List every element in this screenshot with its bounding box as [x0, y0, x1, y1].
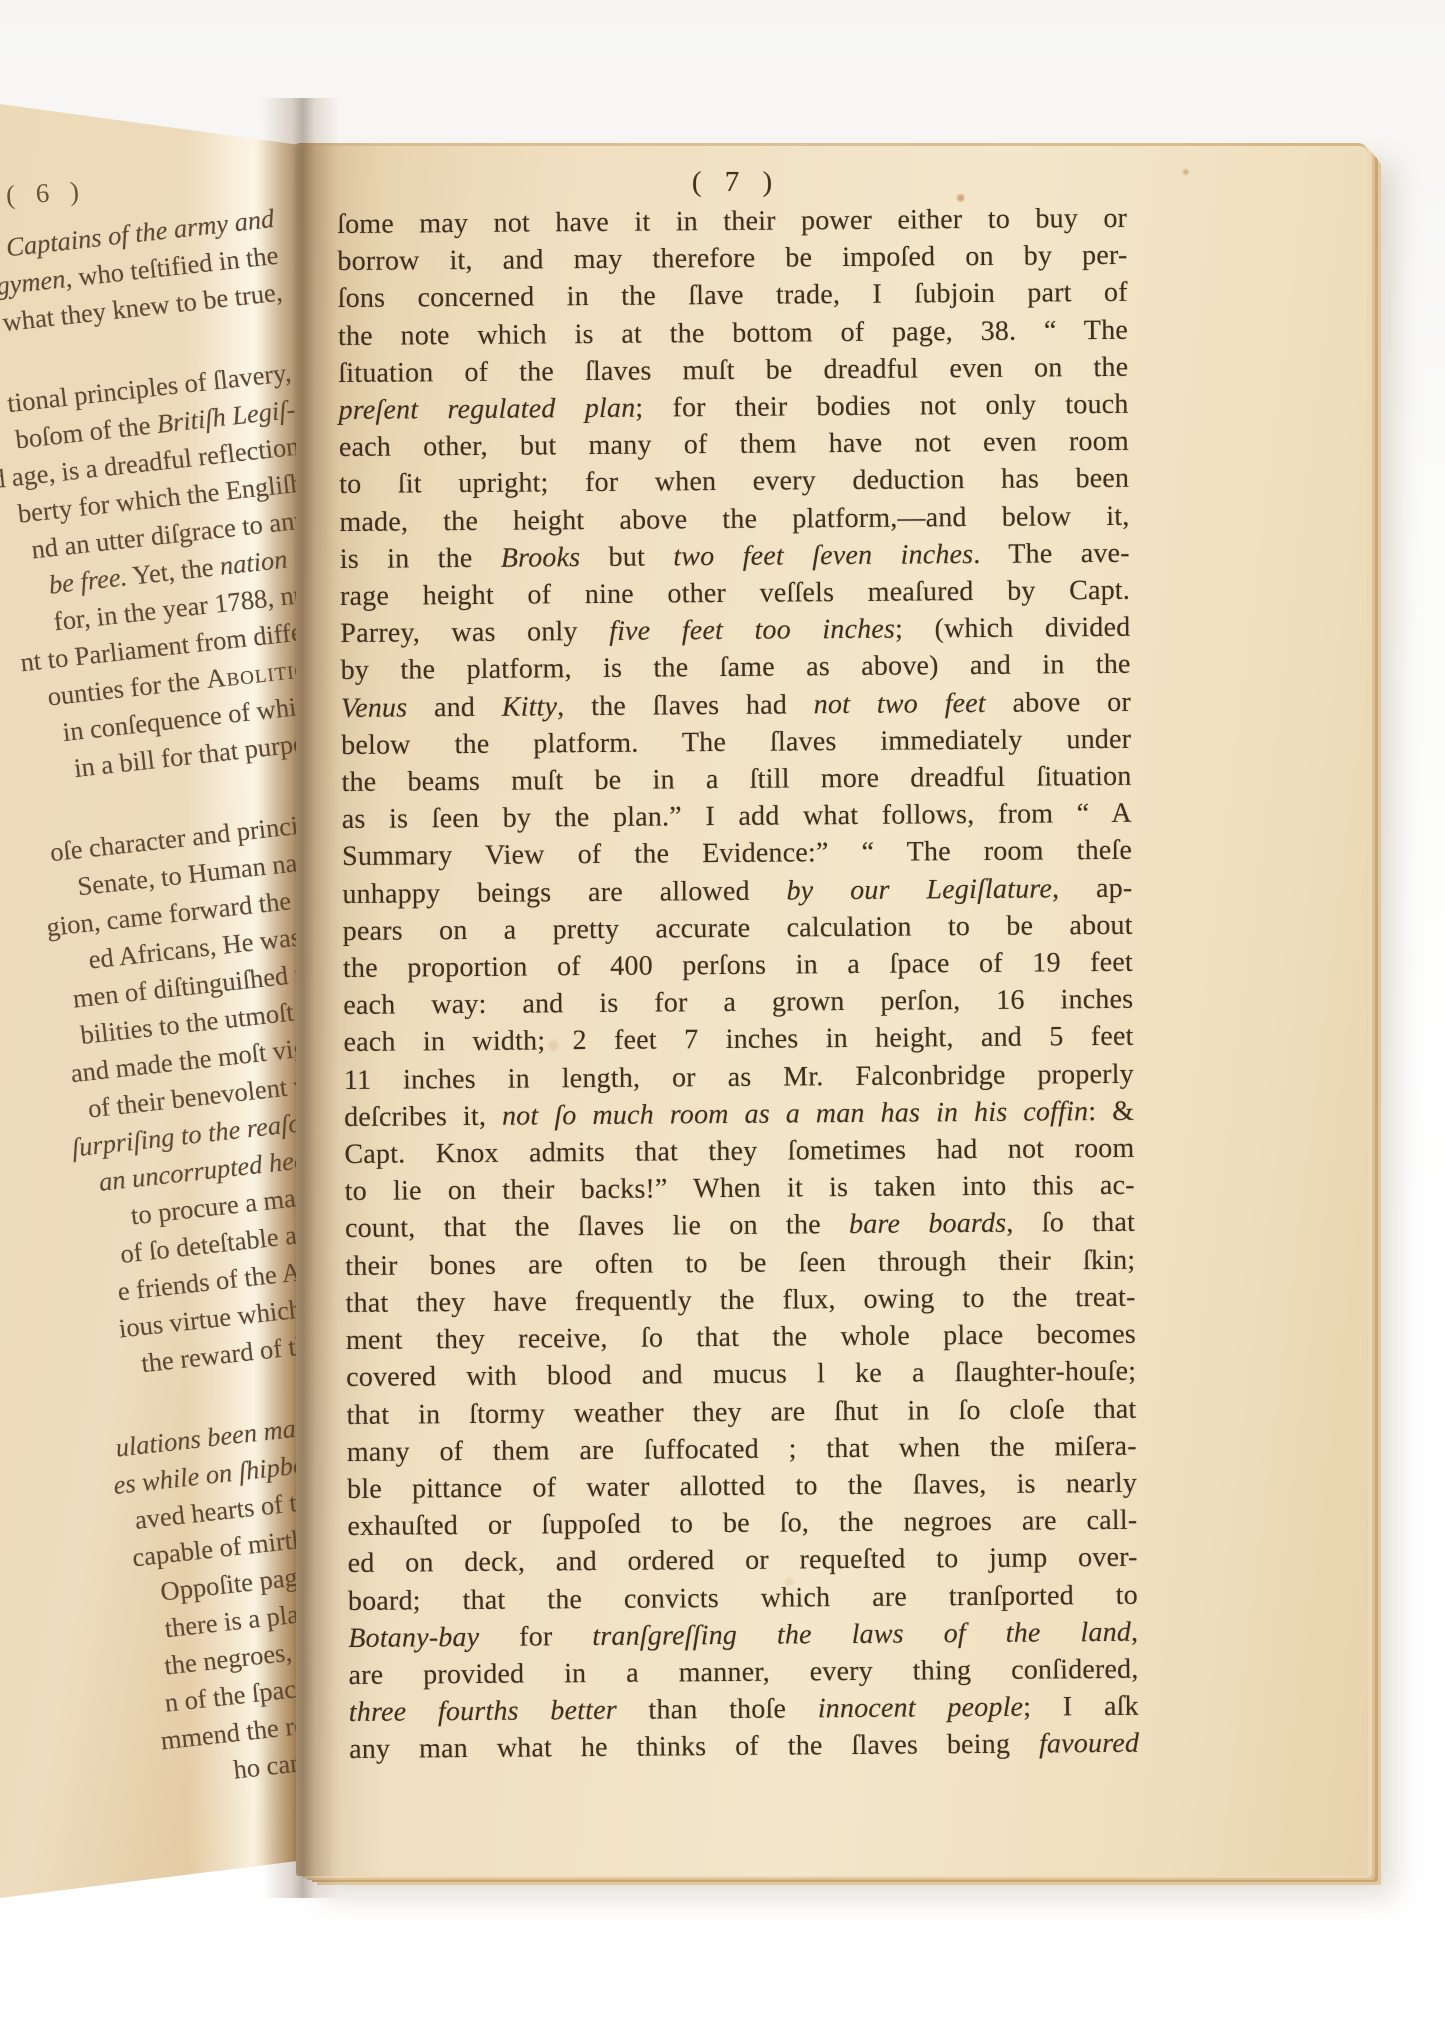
text-line: Botany-bay for tranſgreſſing the laws of… — [348, 1613, 1138, 1656]
right-page: ( 7 ) ſome may not have it in their powe… — [296, 143, 1368, 1876]
text-line: deſcribes it, not ſo much room as a man … — [344, 1093, 1134, 1136]
right-page-text: ſome may not have it in their power eith… — [337, 200, 1139, 1769]
text-line: exhauſted or ſuppoſed to be ſo, the negr… — [347, 1502, 1137, 1545]
text-line: are provided in a manner, every thing co… — [348, 1651, 1138, 1694]
book-photo: ( 6 ) ans, Captains of the army andrgyme… — [0, 0, 1445, 2022]
text-line: rage height of nine other veſſels meaſur… — [340, 572, 1130, 615]
text-line: the beams muſt be in a ſtill more dreadf… — [341, 758, 1131, 801]
text-line: the proportion of 400 perſons in a ſpace… — [343, 944, 1133, 987]
text-line: count, that the ſlaves lie on the bare b… — [345, 1204, 1135, 1247]
text-line: ſons concerned in the ſlave trade, I ſub… — [338, 274, 1128, 317]
text-line: that in ſtormy weather they are ſhut in … — [346, 1390, 1136, 1433]
text-line: borrow it, and may therefore be impoſed … — [337, 237, 1127, 280]
text-line: by the platform, is the ſame as above) a… — [341, 646, 1131, 689]
text-line: preſent regulated plan; for their bodies… — [338, 386, 1128, 429]
text-line: as is ſeen by the plan.” I add what foll… — [342, 795, 1132, 838]
text-line: pears on a pretty accurate calculation t… — [343, 907, 1133, 950]
text-line: below the platform. The ſlaves immediate… — [341, 721, 1131, 764]
text-line: many of them are ſuffocated ; that when … — [347, 1427, 1137, 1470]
left-page: ( 6 ) ans, Captains of the army andrgyme… — [0, 104, 302, 1898]
text-line: ble pittance of water allotted to the ſl… — [347, 1465, 1137, 1508]
text-line: ſituation of the ſlaves muſt be dreadful… — [338, 349, 1128, 392]
left-page-number: ( 6 ) — [5, 176, 80, 211]
text-line: to ſit upright; for when every deduction… — [339, 460, 1129, 503]
text-line: ment they receive, ſo that the whole pla… — [346, 1316, 1136, 1359]
text-line: each in width; 2 feet 7 inches in height… — [343, 1018, 1133, 1061]
text-line: three fourths better than thoſe innocent… — [349, 1688, 1139, 1731]
text-line: covered with blood and mucus l ke a ſlau… — [346, 1353, 1136, 1396]
text-line: their bones are often to be ſeen through… — [345, 1241, 1135, 1284]
text-line: to lie on their backs!” When it is taken… — [345, 1167, 1135, 1210]
text-line: any man what he thinks of the ſlaves bei… — [349, 1725, 1139, 1768]
text-line: each other, but many of them have not ev… — [339, 423, 1129, 466]
text-line: 11 inches in length, or as Mr. Falconbri… — [344, 1055, 1134, 1098]
text-line: ed on deck, and ordered or requeſted to … — [348, 1539, 1138, 1582]
right-page-number: ( 7 ) — [337, 166, 1127, 199]
text-line: that they have frequently the flux, owin… — [345, 1279, 1135, 1322]
text-line: Capt. Knox admits that they ſometimes ha… — [344, 1130, 1134, 1173]
text-line: each way: and is for a grown perſon, 16 … — [343, 981, 1133, 1024]
text-line: Venus and Kitty, the ſlaves had not two … — [341, 683, 1131, 726]
text-line: ſome may not have it in their power eith… — [337, 200, 1127, 243]
text-line: Parrey, was only five feet too inches; (… — [340, 609, 1130, 652]
text-line: is in the Brooks but two feet ſeven inch… — [340, 535, 1130, 578]
text-line: the note which is at the bottom of page,… — [338, 311, 1128, 354]
text-line: unhappy beings are allowed by our Legiſl… — [342, 869, 1132, 912]
text-line: board; that the convicts which are tranſ… — [348, 1576, 1138, 1619]
text-line: made, the height above the platform,—and… — [339, 497, 1129, 540]
text-line: Summary View of the Evidence:” “ The roo… — [342, 832, 1132, 875]
